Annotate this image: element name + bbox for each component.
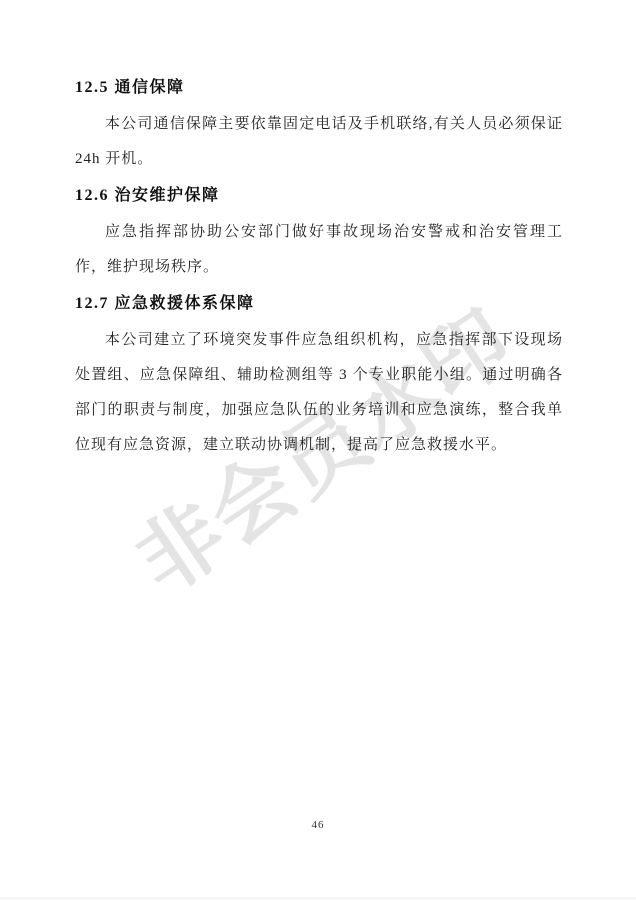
section-heading: 12.6 治安维护保障 [75,184,563,208]
document-page: 非会员水印 12.5 通信保障 本公司通信保障主要依靠固定电话及手机联络,有关人… [0,0,636,900]
section-heading: 12.7 应急救援体系保障 [75,292,563,316]
document-content: 12.5 通信保障 本公司通信保障主要依靠固定电话及手机联络,有关人员必须保证 … [75,76,563,470]
page-number: 46 [0,819,636,831]
section-12-5: 12.5 通信保障 本公司通信保障主要依靠固定电话及手机联络,有关人员必须保证 … [75,76,563,177]
section-paragraph: 应急指挥部协助公安部门做好事故现场治安警戒和治安管理工作，维护现场秩序。 [75,215,563,285]
section-12-7: 12.7 应急救援体系保障 本公司建立了环境突发事件应急组织机构，应急指挥部下设… [75,292,563,463]
section-paragraph: 本公司通信保障主要依靠固定电话及手机联络,有关人员必须保证 24h 开机。 [75,107,563,177]
section-heading: 12.5 通信保障 [75,76,563,100]
section-paragraph: 本公司建立了环境突发事件应急组织机构，应急指挥部下设现场处置组、应急保障组、辅助… [75,323,563,463]
section-12-6: 12.6 治安维护保障 应急指挥部协助公安部门做好事故现场治安警戒和治安管理工作… [75,184,563,285]
